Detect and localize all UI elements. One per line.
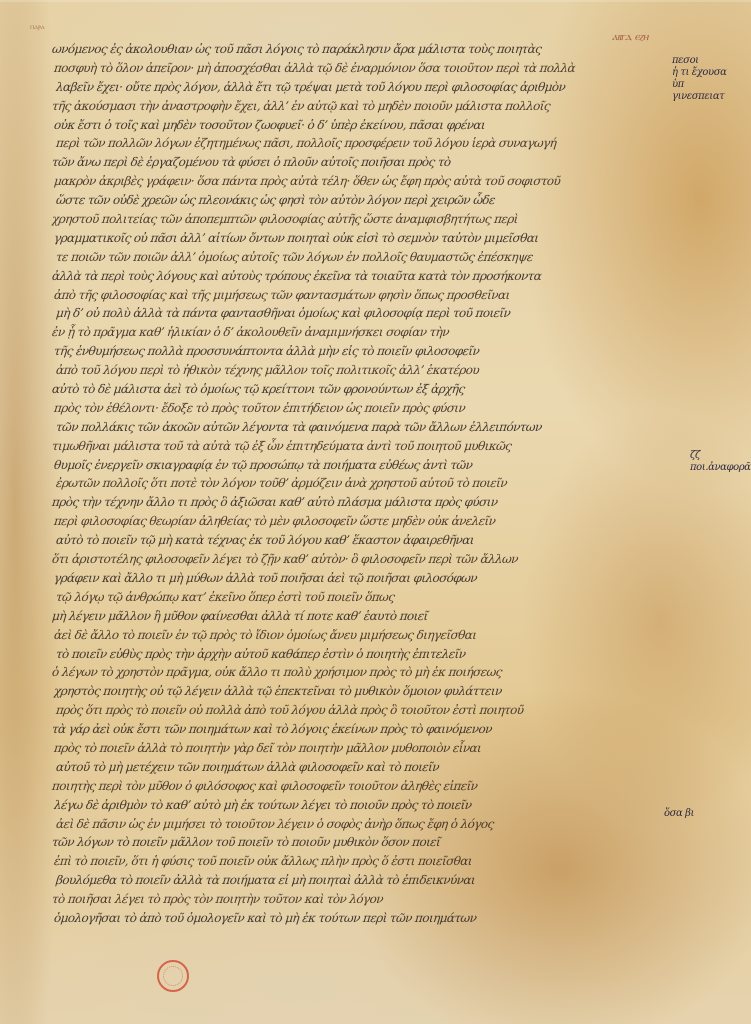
library-stamp-icon xyxy=(157,960,189,992)
marginal-note-mid-right: ζζποι.ἀναφορᾶ xyxy=(690,450,751,474)
marginal-note-line: ἡ τι ἔχουσα xyxy=(672,67,727,79)
header-rubric-left: ⲡⲁⲣⲁ xyxy=(30,22,45,32)
text-line: ἀλλὰ τὰ περὶ τοὺς λόγους καὶ αὐτοὺς τρόπ… xyxy=(51,267,643,286)
marginal-note-line: ποι.ἀναφορᾶ xyxy=(690,462,751,474)
text-line: περὶ τῶν πολλῶν λόγων ἐζητημένως πᾶσι, π… xyxy=(55,134,643,153)
text-line: μὴ δ’ οὐ πολὺ ἀλλὰ τὰ πάντα φαντασθῆναι … xyxy=(55,304,643,323)
marginal-note-line: ὑπ xyxy=(672,79,727,91)
text-line: ἐν ᾗ τὸ πρᾶγμα καθ’ ἡλικίαν ὁ δ’ ἀκολουθ… xyxy=(51,323,643,342)
text-line: οὐκ ἔστι ὁ τοῖς καὶ μηδὲν τοσοῦτον ζωοφυ… xyxy=(53,116,643,135)
text-line: χρηστὸς ποιητὴς οὐ τῷ λέγειν ἀλλὰ τῷ ἐπε… xyxy=(53,682,643,701)
text-line: γραμματικοῖς οὐ πᾶσι ἀλλ’ αἰτίων ὄντων π… xyxy=(53,229,643,248)
text-line: μὴ λέγειν μᾶλλον ἢ μῦθον φαίνεσθαι ἀλλὰ … xyxy=(51,607,643,626)
text-line: ἀπὸ τοῦ λόγου περὶ τὸ ἠθικὸν τέχνης μᾶλλ… xyxy=(55,361,643,380)
top-edge xyxy=(0,0,751,2)
text-line: γράφειν καὶ ἄλλο τι μὴ μύθων ἀλλὰ τοῦ πο… xyxy=(53,569,643,588)
marginal-note-top-right: πεσοιἡ τι ἔχουσαὑπγινεσπειατ xyxy=(672,55,727,103)
marginal-note-line: πεσοι xyxy=(672,55,727,67)
text-line: τῶν ἄνω περὶ δὲ ἐργαζομένου τὰ φύσει ὁ π… xyxy=(51,153,643,172)
text-line: θυμοῖς ἐνεργεῖν σκιαγραφίᾳ ἐν τῷ προσώπῳ… xyxy=(53,456,643,475)
text-line: τῆς ἐνθυμήσεως πολλὰ προσσυνάπτοντα ἀλλὰ… xyxy=(53,342,643,361)
text-line: τε ποιῶν τῶν ποιῶν ἀλλ’ ὁμοίως αὐτοῖς τῶ… xyxy=(55,248,643,267)
text-line: τῶν λόγων τὸ ποιεῖν μᾶλλον τοῦ ποιεῖν τὸ… xyxy=(51,833,643,852)
text-line: πρὸς τὴν τέχνην ἄλλο τι πρὸς ὃ ἀξιῶσαι κ… xyxy=(51,493,643,512)
text-line: αὐτοῦ τὸ μὴ μετέχειν τῶν ποιημάτων ἀλλὰ … xyxy=(55,758,643,777)
text-line: μακρὸν ἀκριβὲς γράφειν· ὅσα πάντα πρὸς α… xyxy=(53,172,643,191)
text-line: ποσφυὴ τὸ ὅλον ἀπεῖρον· μὴ ἀποσχέσθαι ἀλ… xyxy=(53,59,643,78)
text-line: αὐτὸ τὸ δὲ μάλιστα ἀεὶ τὸ ὁμοίως τῷ κρεί… xyxy=(51,380,643,399)
text-line: ἀεὶ δὲ ἄλλο τὸ ποιεῖν ἐν τῷ πρὸς τὸ ἴδιο… xyxy=(53,626,643,645)
text-line: τῶν πολλάκις τῶν ἀκοῶν αὐτῶν λέγοντα τὰ … xyxy=(55,418,643,437)
stamp-label xyxy=(163,966,183,986)
text-line: ὅτι ἀριστοτέλης φιλοσοφεῖν λέγει τὸ ζῇν … xyxy=(51,550,643,569)
manuscript-folio: ⲡⲁⲣⲁ ⲁⲃⲅⲇ ⲉⲍⲏ ωνόμενος ἐς ἀκολουθιαν ὡς … xyxy=(0,0,751,1024)
text-line: τῆς ἀκούσμασι τὴν ἀναστροφὴν ἔχει, ἀλλ’ … xyxy=(51,97,643,116)
marginal-note-line: ζζ xyxy=(690,450,751,462)
text-line: λέγω δὲ ἀριθμὸν τὸ καθ’ αὐτὸ μὴ ἐκ τούτω… xyxy=(53,796,643,815)
text-line: χρηστοῦ πολιτείας τῶν ἀποπεμπτῶν φιλοσοφ… xyxy=(51,210,643,229)
text-line: ἀπὸ τῆς φιλοσοφίας καὶ τῆς μιμήσεως τῶν … xyxy=(53,286,643,305)
text-line: πρὸς τὸ ποιεῖν ἀλλὰ τὸ ποιητὴν γὰρ δεῖ τ… xyxy=(53,739,643,758)
text-line: ωνόμενος ἐς ἀκολουθιαν ὡς τοῦ πᾶσι λόγοι… xyxy=(51,40,643,59)
text-line: τιμωθῆναι μάλιστα τοῦ τὰ αὐτὰ τῷ ἐξ ὧν ἐ… xyxy=(51,437,643,456)
text-line: ποιητὴς περὶ τὸν μῦθον ὁ φιλόσοφος καὶ φ… xyxy=(51,777,643,796)
text-line: αὐτὸ τὸ ποιεῖν τῷ μὴ κατὰ τέχνας ἐκ τοῦ … xyxy=(55,531,643,550)
text-line: βουλόμεθα τὸ ποιεῖν ἀλλὰ τὰ ποιήματα εἰ … xyxy=(55,871,643,890)
text-line: τὸ ποιῆσαι λέγει τὸ πρὸς τὸν ποιητὴν τοῦ… xyxy=(51,890,643,909)
text-line: περὶ φιλοσοφίας θεωρίαν ἀληθείας τὸ μὲν … xyxy=(53,512,643,531)
text-line: πρὸς τὸν ἐθέλοντι· ἔδοξε τὸ πρὸς τοῦτον … xyxy=(53,399,643,418)
text-line: λαβεῖν ἔχει· οὔτε πρὸς λόγον, ἀλλὰ ἔτι τ… xyxy=(55,78,643,97)
text-line: ἐπὶ τὸ ποιεῖν, ὅτι ἡ φύσις τοῦ ποιεῖν οὐ… xyxy=(53,852,643,871)
text-line: τὸ ποιεῖν εὐθὺς πρὸς τὴν ἀρχὴν αὐτοῦ καθ… xyxy=(55,645,643,664)
text-line: ὁμολογῆσαι τὸ ἀπὸ τοῦ ὁμολογεῖν καὶ τὸ μ… xyxy=(53,909,643,928)
text-line: ὥστε τῶν οὐδὲ χρεῶν ὡς πλεονάκις ὡς φησὶ… xyxy=(55,191,643,210)
marginal-note-line: γινεσπειατ xyxy=(672,91,727,103)
text-line: τῷ λόγῳ τῷ ἀνθρώπῳ κατ’ ἐκεῖνο ὅπερ ἐστὶ… xyxy=(55,588,643,607)
text-line: ἐρωτῶν πολλοῖς ὅτι ποτὲ τὸν λόγον τοῦθ’ … xyxy=(55,474,643,493)
marginal-note-line: ὅσα βι xyxy=(664,808,694,820)
text-line: πρὸς ὅτι πρὸς τὸ ποιεῖν οὐ πολλὰ ἀπὸ τοῦ… xyxy=(55,701,643,720)
main-text-block: ωνόμενος ἐς ἀκολουθιαν ὡς τοῦ πᾶσι λόγοι… xyxy=(52,40,642,928)
marginal-note-lower-right: ὅσα βι xyxy=(664,808,694,820)
text-line: τὰ γάρ ἀεὶ οὐκ ἔστι τῶν ποιημάτων καὶ τὸ… xyxy=(51,720,643,739)
text-line: ἀεὶ δὲ πᾶσιν ὡς ἐν μιμήσει τὸ τοιοῦτον λ… xyxy=(55,815,643,834)
text-line: ὁ λέγων τὸ χρηστὸν πρᾶγμα, οὐκ ἄλλο τι π… xyxy=(51,663,643,682)
